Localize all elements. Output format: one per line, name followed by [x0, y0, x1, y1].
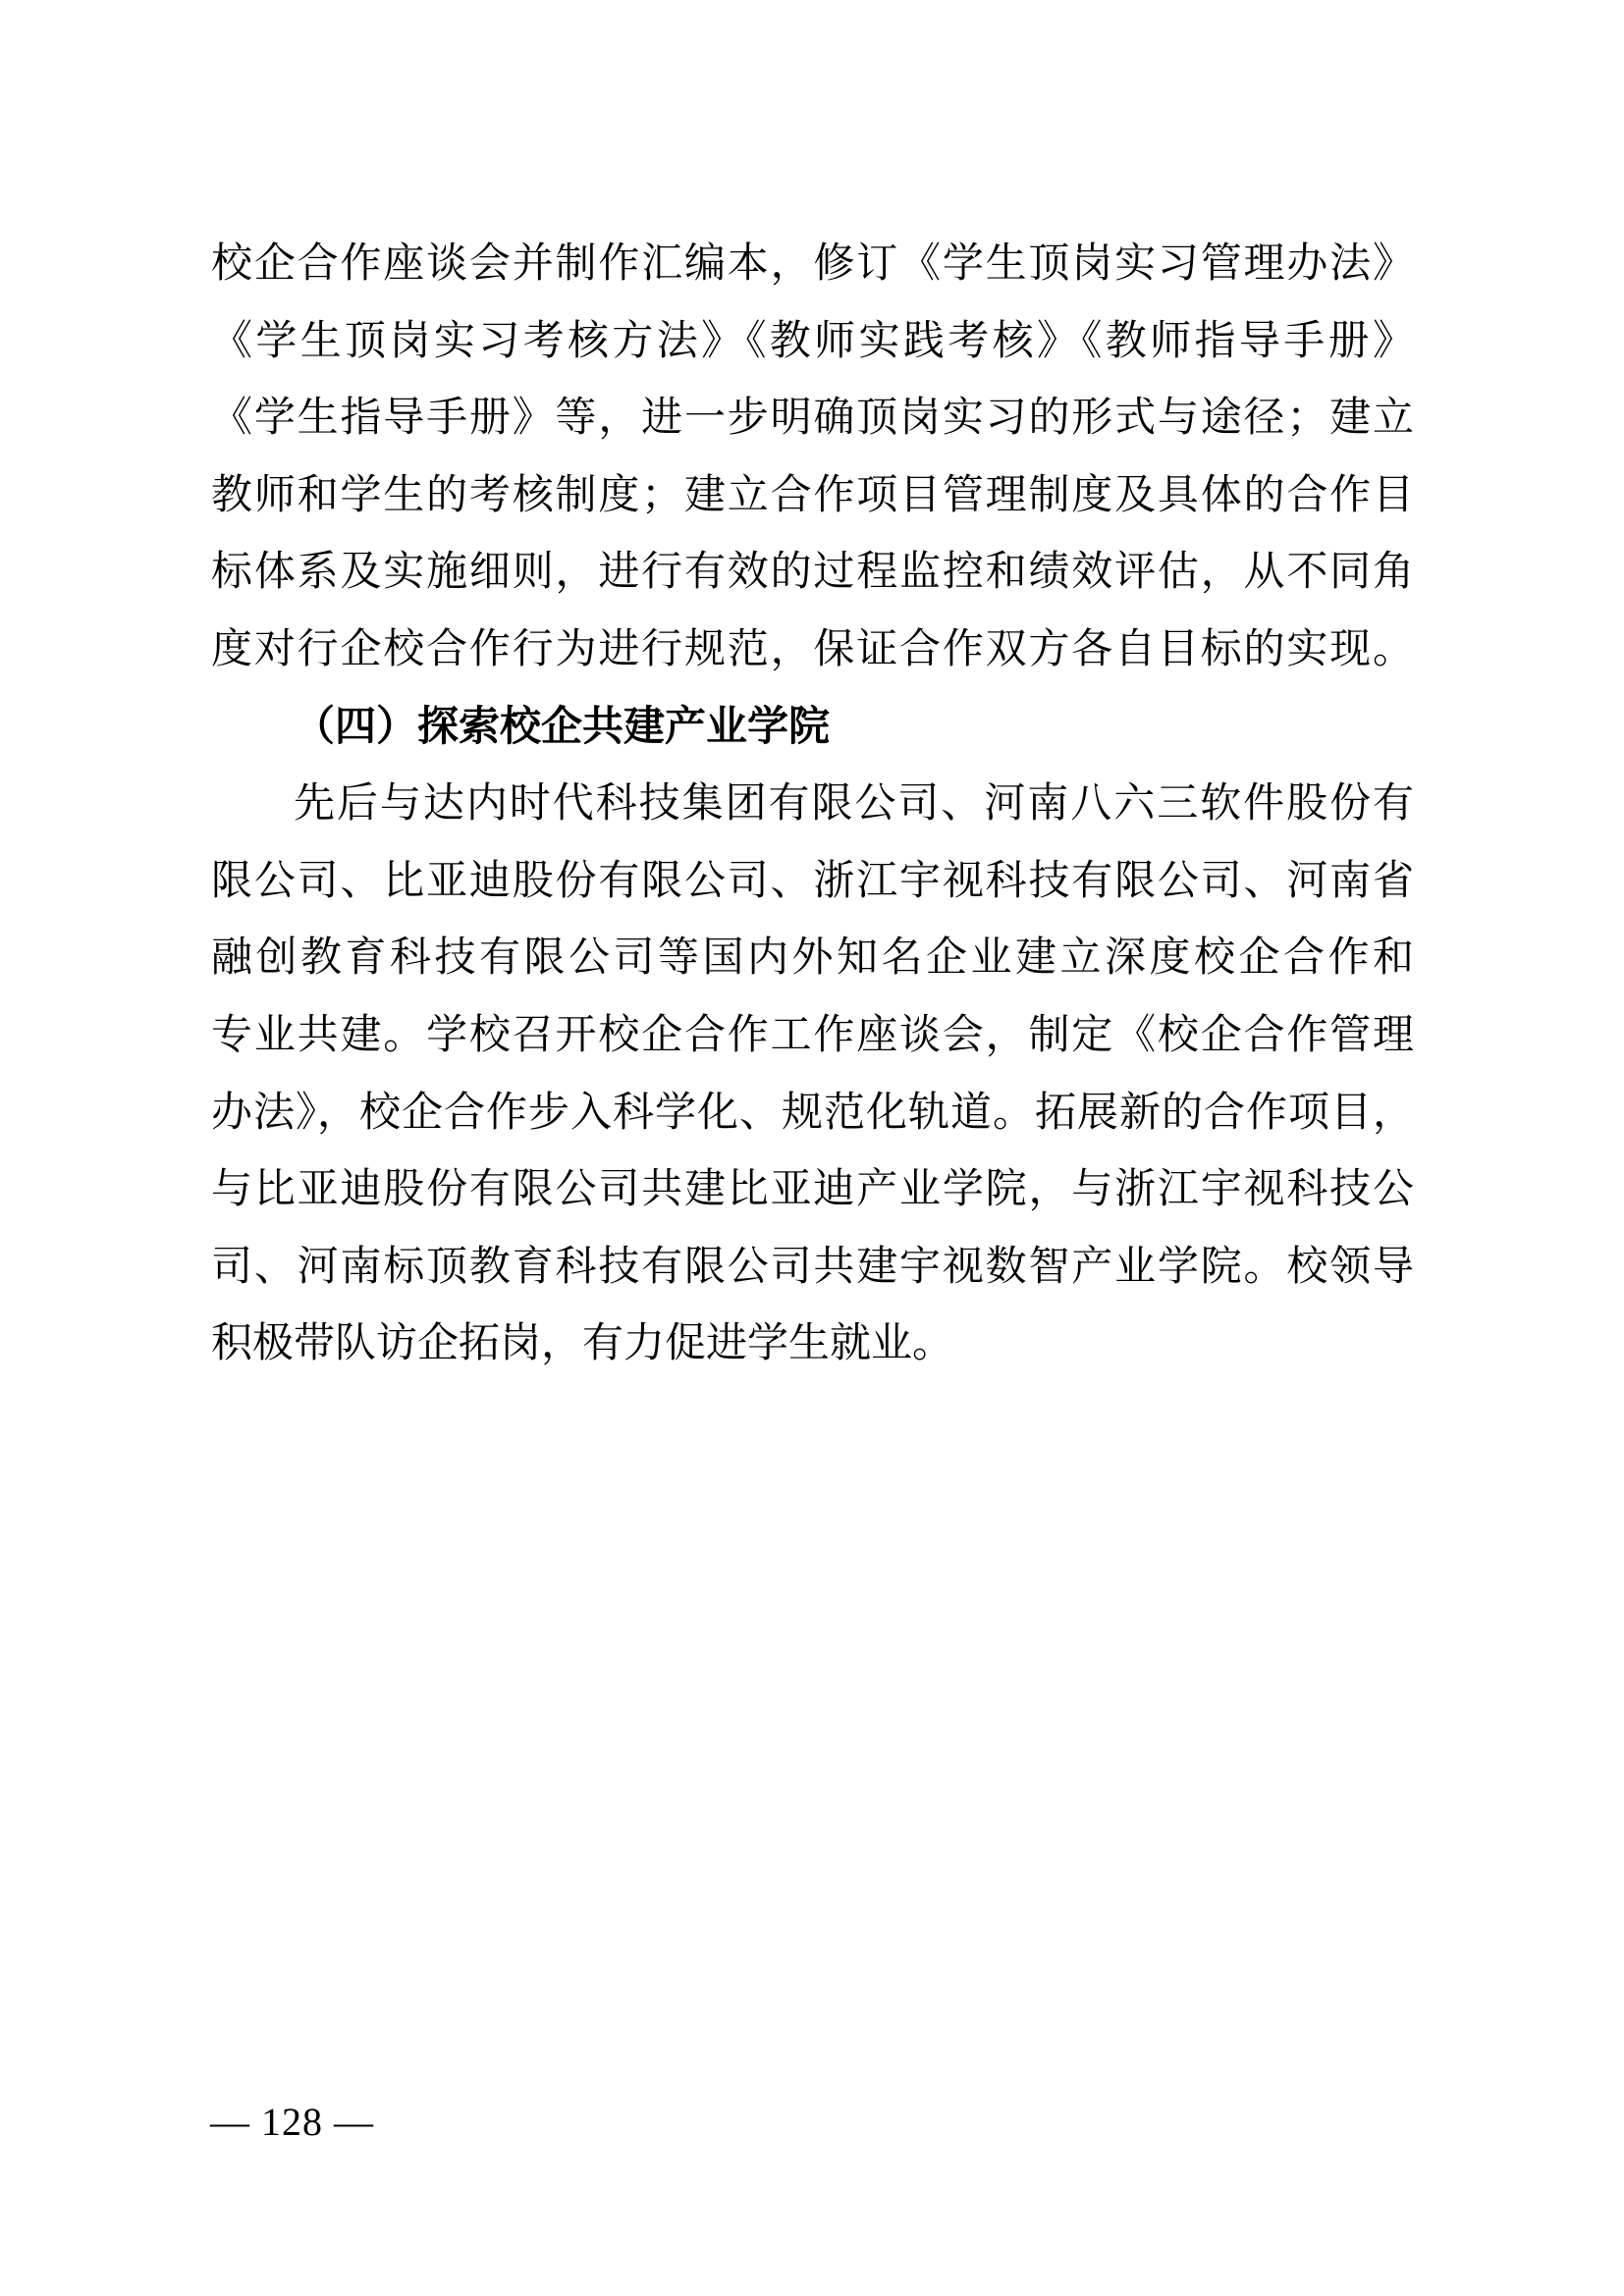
document-text-block: 校企合作座谈会并制作汇编本，修订《学生顶岗实习管理办法》 《学生顶岗实习考核方法…: [211, 226, 1414, 1383]
body-line: 《学生指导手册》等，进一步明确顶岗实习的形式与途径；建立: [211, 380, 1414, 457]
body-line: 专业共建。学校召开校企合作工作座谈会，制定《校企合作管理: [211, 997, 1414, 1075]
body-line: 校企合作座谈会并制作汇编本，修订《学生顶岗实习管理办法》: [211, 226, 1414, 303]
body-line: 《学生顶岗实习考核方法》《教师实践考核》《教师指导手册》: [211, 303, 1414, 381]
body-line: 先后与达内时代科技集团有限公司、河南八六三软件股份有: [211, 766, 1414, 843]
body-line: 标体系及实施细则，进行有效的过程监控和绩效评估，从不同角: [211, 534, 1414, 612]
document-page: 校企合作座谈会并制作汇编本，修订《学生顶岗实习管理办法》 《学生顶岗实习考核方法…: [0, 0, 1624, 2296]
body-line: 司、河南标顶教育科技有限公司共建宇视数智产业学院。校领导: [211, 1229, 1414, 1307]
section-heading: （四）探索校企共建产业学院: [211, 689, 1414, 767]
body-line: 度对行企校合作行为进行规范，保证合作双方各自目标的实现。: [211, 612, 1414, 689]
body-line: 与比亚迪股份有限公司共建比亚迪产业学院，与浙江宇视科技公: [211, 1151, 1414, 1229]
body-line: 教师和学生的考核制度；建立合作项目管理制度及具体的合作目: [211, 457, 1414, 535]
body-line: 积极带队访企拓岗，有力促进学生就业。: [211, 1306, 1414, 1383]
body-line: 办法》，校企合作步入科学化、规范化轨道。拓展新的合作项目，: [211, 1075, 1414, 1152]
page-number: — 128 —: [210, 2095, 374, 2150]
body-line: 融创教育科技有限公司等国内外知名企业建立深度校企合作和: [211, 920, 1414, 997]
body-line: 限公司、比亚迪股份有限公司、浙江宇视科技有限公司、河南省: [211, 843, 1414, 921]
